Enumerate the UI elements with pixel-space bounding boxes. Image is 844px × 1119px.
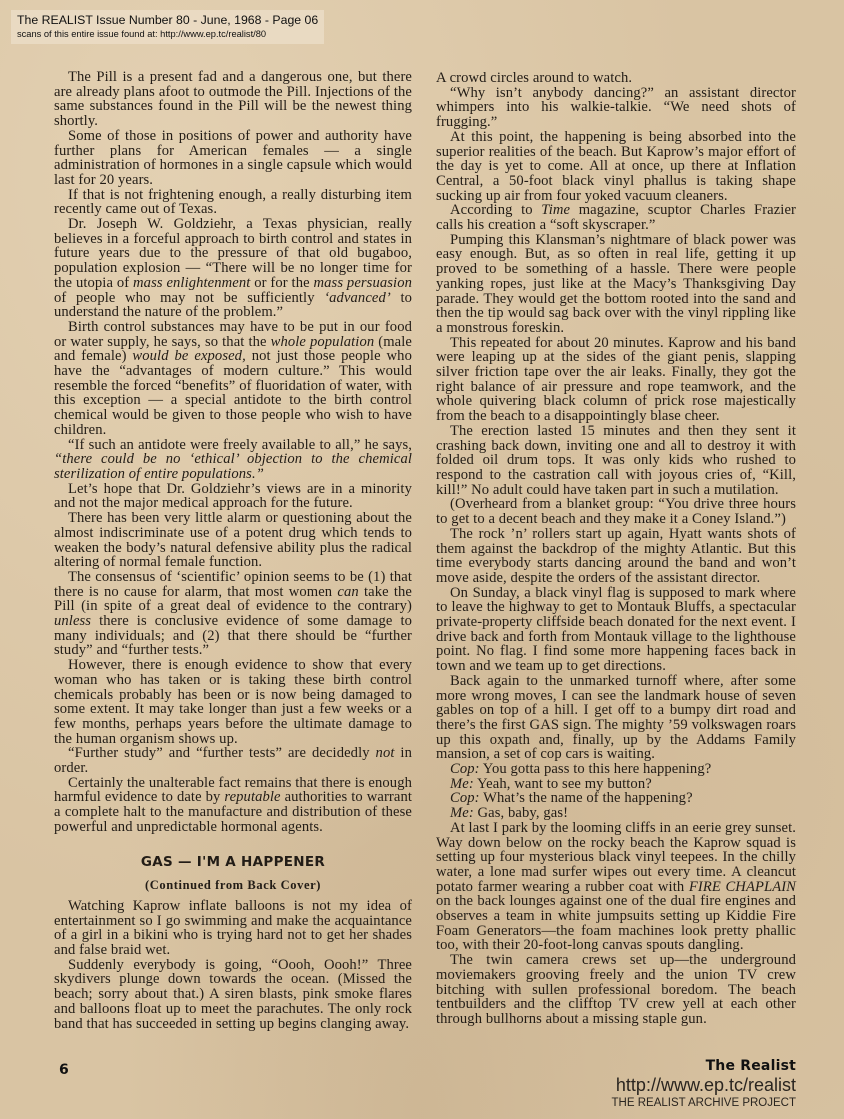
right-column: A crowd circles around to watch.“Why isn… bbox=[436, 71, 796, 1027]
text-segment: “Why isn’t anybody dancing?” an assistan… bbox=[436, 85, 796, 130]
paragraph: Suddenly everybody is going, “Oooh, Oooh… bbox=[54, 958, 412, 1032]
text-segment: or for the bbox=[250, 275, 313, 291]
paragraph: “If such an antidote were freely availab… bbox=[54, 438, 412, 482]
text-segment: Back again to the unmarked turnoff where… bbox=[436, 673, 796, 763]
paragraph: “Why isn’t anybody dancing?” an assistan… bbox=[436, 86, 796, 130]
paragraph: Me: Yeah, want to see my button? bbox=[436, 777, 796, 792]
paragraph: Cop: You gotta pass to this here happeni… bbox=[436, 762, 796, 777]
text-segment: Watching Kaprow inflate balloons is not … bbox=[54, 898, 412, 958]
emphasis-text: reputable bbox=[224, 789, 280, 805]
footer-brand: The Realist bbox=[706, 1058, 796, 1074]
emphasis-text: Time bbox=[541, 202, 570, 218]
text-segment: “If such an antidote were freely availab… bbox=[68, 437, 412, 453]
emphasis-text: can bbox=[337, 584, 358, 600]
emphasis-text: “there could be no ‘ethical’ objection t… bbox=[54, 451, 412, 482]
text-segment: If that is not frightening enough, a rea… bbox=[54, 187, 412, 218]
paragraph: Let’s hope that Dr. Goldziehr’s views ar… bbox=[54, 482, 412, 511]
emphasis-text: Me: bbox=[450, 776, 474, 792]
text-segment: What’s the name of the happening? bbox=[480, 790, 693, 806]
paragraph: Cop: What’s the name of the happening? bbox=[436, 791, 796, 806]
paragraph: The rock ’n’ rollers start up again, Hya… bbox=[436, 527, 796, 586]
section-body: Watching Kaprow inflate balloons is not … bbox=[54, 899, 412, 1031]
emphasis-text: not bbox=[376, 745, 395, 761]
emphasis-text: mass enlightenment bbox=[133, 275, 250, 291]
paragraph: Certainly the unalterable fact remains t… bbox=[54, 776, 412, 835]
paragraph: The consensus of ‘scientific’ opinion se… bbox=[54, 570, 412, 658]
section-subtitle: (Continued from Back Cover) bbox=[54, 878, 412, 893]
scan-header-subtitle: scans of this entire issue found at: htt… bbox=[17, 28, 324, 40]
text-segment: There has been very little alarm or ques… bbox=[54, 510, 412, 570]
text-segment: on the back lounges against one of the d… bbox=[436, 893, 796, 953]
left-column: The Pill is a present fad and a dangerou… bbox=[54, 70, 412, 1031]
text-segment: “Further study” and “further tests” are … bbox=[68, 745, 376, 761]
paragraph: (Overheard from a blanket group: “You dr… bbox=[436, 497, 796, 526]
paragraph: According to Time magazine, scuptor Char… bbox=[436, 203, 796, 232]
paragraph: However, there is enough evidence to sho… bbox=[54, 658, 412, 746]
text-segment: The erection lasted 15 minutes and then … bbox=[436, 423, 796, 498]
emphasis-text: whole population bbox=[271, 334, 375, 350]
text-segment: Some of those in positions of power and … bbox=[54, 128, 412, 188]
paragraph: Some of those in positions of power and … bbox=[54, 129, 412, 188]
text-segment: The Pill is a present fad and a dangerou… bbox=[54, 69, 412, 129]
emphasis-text: would be exposed, bbox=[132, 348, 245, 364]
footer-url-link[interactable]: http://www.ep.tc/realist bbox=[616, 1075, 796, 1096]
text-segment: of people who may not be sufficiently bbox=[54, 290, 324, 306]
paragraph: The Pill is a present fad and a dangerou… bbox=[54, 70, 412, 129]
paragraph: The twin camera crews set up—the undergr… bbox=[436, 953, 796, 1027]
paragraph: Me: Gas, baby, gas! bbox=[436, 806, 796, 821]
scan-header: The REALIST Issue Number 80 - June, 1968… bbox=[11, 10, 324, 44]
text-segment: However, there is enough evidence to sho… bbox=[54, 657, 412, 747]
paragraph: At last I park by the looming cliffs in … bbox=[436, 821, 796, 953]
page-number: 6 bbox=[59, 1062, 69, 1078]
text-segment: You gotta pass to this here happening? bbox=[480, 761, 712, 777]
paragraph: A crowd circles around to watch. bbox=[436, 71, 796, 86]
text-segment: The rock ’n’ rollers start up again, Hya… bbox=[436, 526, 796, 586]
section-title: GAS — I'M A HAPPENER bbox=[54, 855, 412, 870]
emphasis-text: Cop: bbox=[450, 790, 480, 806]
text-segment: there is conclusive evidence of some dam… bbox=[54, 613, 412, 658]
paragraph: The erection lasted 15 minutes and then … bbox=[436, 424, 796, 498]
paragraph: If that is not frightening enough, a rea… bbox=[54, 188, 412, 217]
text-segment: A crowd circles around to watch. bbox=[436, 70, 632, 86]
text-segment: (Overheard from a blanket group: “You dr… bbox=[436, 496, 796, 527]
paragraph: Dr. Joseph W. Goldziehr, a Texas physici… bbox=[54, 217, 412, 320]
emphasis-text: unless bbox=[54, 613, 91, 629]
text-segment: The twin camera crews set up—the undergr… bbox=[436, 952, 796, 1027]
paragraph: There has been very little alarm or ques… bbox=[54, 511, 412, 570]
text-segment: At this point, the happening is being ab… bbox=[436, 129, 796, 204]
footer-archive-label: THE REALIST ARCHIVE PROJECT bbox=[612, 1097, 796, 1109]
paragraph: Back again to the unmarked turnoff where… bbox=[436, 674, 796, 762]
paragraph: Watching Kaprow inflate balloons is not … bbox=[54, 899, 412, 958]
emphasis-text: Cop: bbox=[450, 761, 480, 777]
scan-header-title: The REALIST Issue Number 80 - June, 1968… bbox=[17, 13, 324, 28]
text-segment: Suddenly everybody is going, “Oooh, Oooh… bbox=[54, 957, 412, 1032]
paragraph: Birth control substances may have to be … bbox=[54, 320, 412, 438]
emphasis-text: mass persuasion bbox=[314, 275, 412, 291]
left-article-body: The Pill is a present fad and a dangerou… bbox=[54, 70, 412, 835]
emphasis-text: ‘advanced’ bbox=[324, 290, 391, 306]
text-segment: According to bbox=[450, 202, 541, 218]
text-segment: Yeah, want to see my button? bbox=[474, 776, 652, 792]
emphasis-text: Me: bbox=[450, 805, 474, 821]
text-segment: On Sunday, a black vinyl flag is suppose… bbox=[436, 585, 796, 675]
right-article-body: A crowd circles around to watch.“Why isn… bbox=[436, 71, 796, 1027]
paragraph: At this point, the happening is being ab… bbox=[436, 130, 796, 204]
text-segment: Let’s hope that Dr. Goldziehr’s views ar… bbox=[54, 481, 412, 512]
emphasis-text: FIRE CHAPLAIN bbox=[689, 879, 796, 895]
paragraph: This repeated for about 20 minutes. Kapr… bbox=[436, 336, 796, 424]
paragraph: Pumping this Klansman’s nightmare of bla… bbox=[436, 233, 796, 336]
paragraph: “Further study” and “further tests” are … bbox=[54, 746, 412, 775]
text-segment: This repeated for about 20 minutes. Kapr… bbox=[436, 335, 796, 425]
text-segment: Gas, baby, gas! bbox=[474, 805, 568, 821]
text-segment: Pumping this Klansman’s nightmare of bla… bbox=[436, 232, 796, 336]
paragraph: On Sunday, a black vinyl flag is suppose… bbox=[436, 586, 796, 674]
